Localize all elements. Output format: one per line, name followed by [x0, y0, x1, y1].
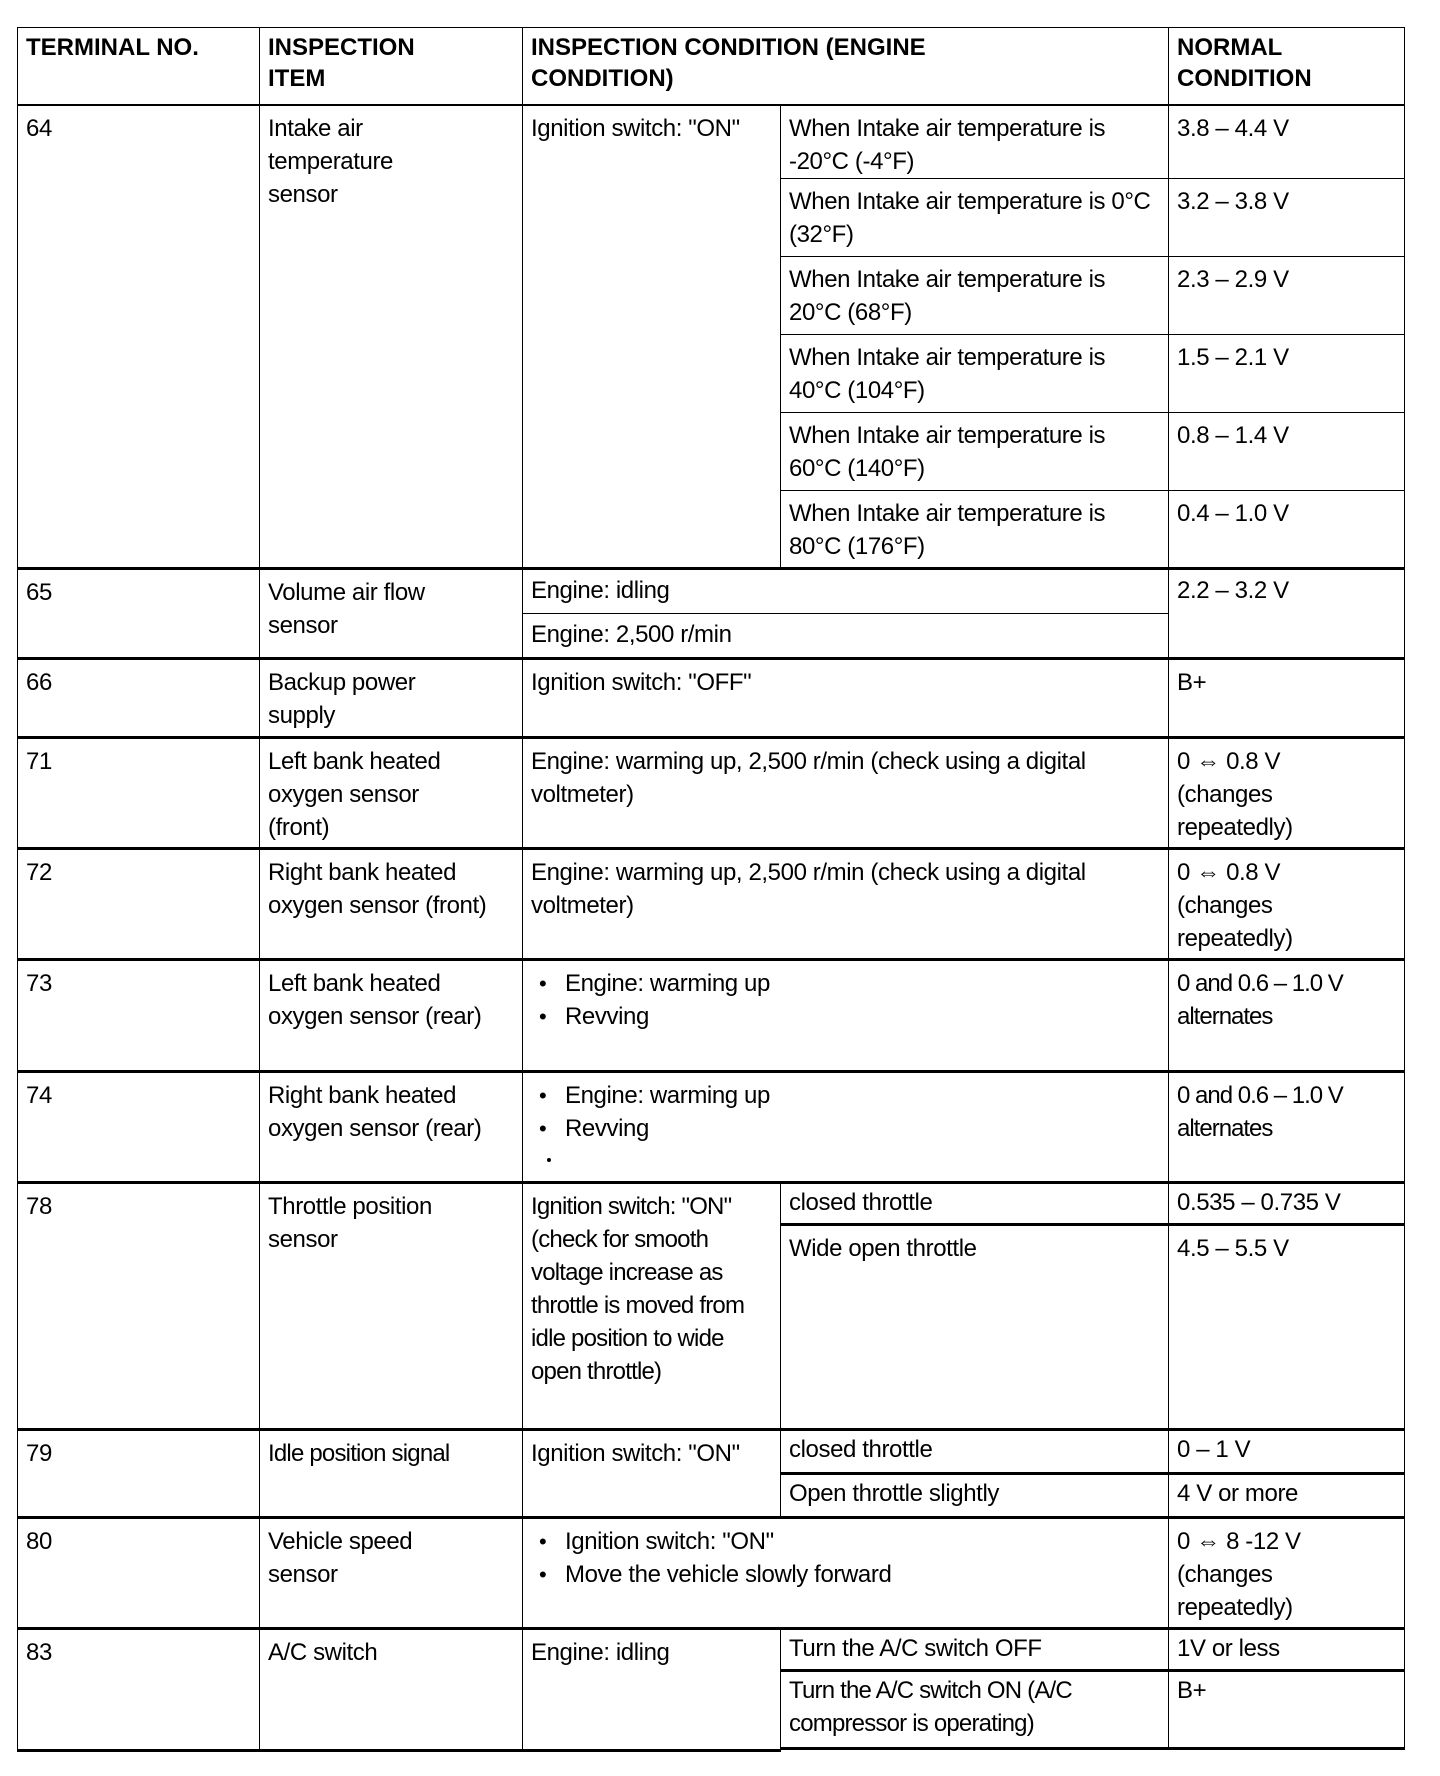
- scan-artifact-dot: [547, 1158, 551, 1162]
- row-64-sub-normal: 3.8 – 4.4 V: [1168, 105, 1405, 179]
- row-65-item: Volume air flow sensor: [259, 567, 523, 658]
- header-inspection-condition: INSPECTION CONDITION (ENGINE CONDITION): [522, 27, 1169, 107]
- row-64-sub-condition: When Intake air temperature is 80°C (176…: [780, 490, 1169, 569]
- row-73-condition-list: Engine: warming up Revving: [531, 967, 1160, 1033]
- row-72-normal: 0 ⇔ 0.8 V (changes repeatedly): [1168, 847, 1405, 959]
- row-64-sub-condition: When Intake air temperature is 60°C (140…: [780, 412, 1169, 491]
- row-78-sub-condition: Wide open throttle: [780, 1223, 1169, 1429]
- row-64-sub-normal: 0.4 – 1.0 V: [1168, 490, 1405, 569]
- row-74-terminal: 74: [17, 1070, 260, 1182]
- row-78-terminal: 78: [17, 1181, 260, 1429]
- row-78-condition: Ignition switch: "ON" (check for smooth …: [522, 1181, 781, 1429]
- header-terminal: TERMINAL NO.: [17, 27, 260, 107]
- row-64-sub-normal: 0.8 – 1.4 V: [1168, 412, 1405, 491]
- row-64-sub-condition: When Intake air temperature is -20°C (-4…: [780, 105, 1169, 179]
- row-74-condition: Engine: warming up Revving: [522, 1070, 1169, 1182]
- row-78-sub-normal: 0.535 – 0.735 V: [1168, 1181, 1405, 1225]
- row-66-condition: Ignition switch: "OFF": [522, 657, 1169, 737]
- row-71-item: Left bank heated oxygen sensor (front): [259, 736, 523, 848]
- row-64-sub-normal: 1.5 – 2.1 V: [1168, 334, 1405, 413]
- row-64-sub-condition: When Intake air temperature is 0°C (32°F…: [780, 178, 1169, 257]
- row-65-condition-idling: Engine: idling: [522, 567, 1169, 614]
- row-73-item: Left bank heated oxygen sensor (rear): [259, 958, 523, 1071]
- row-64-sub-condition: When Intake air temperature is 40°C (104…: [780, 334, 1169, 413]
- row-66-terminal: 66: [17, 657, 260, 737]
- row-78-item: Throttle position sensor: [259, 1181, 523, 1429]
- bullet-item: Ignition switch: "ON": [535, 1525, 1160, 1558]
- row-65-terminal: 65: [17, 567, 260, 658]
- bullet-item: Move the vehicle slowly forward: [535, 1558, 1160, 1591]
- row-64-terminal: 64: [17, 105, 260, 569]
- row-78-sub-normal: 4.5 – 5.5 V: [1168, 1223, 1405, 1429]
- row-79-sub-condition: closed throttle: [780, 1428, 1169, 1473]
- row-83-sub-condition: Turn the A/C switch ON (A/C compressor i…: [780, 1669, 1169, 1750]
- row-73-normal: 0 and 0.6 – 1.0 V alternates: [1168, 958, 1405, 1071]
- row-65-normal: 2.2 – 3.2 V: [1168, 567, 1405, 658]
- row-71-condition: Engine: warming up, 2,500 r/min (check u…: [522, 736, 1169, 848]
- row-66-item: Backup power supply: [259, 657, 523, 737]
- row-83-item: A/C switch: [259, 1627, 523, 1752]
- header-normal-condition: NORMAL CONDITION: [1168, 27, 1405, 107]
- row-79-sub-condition: Open throttle slightly: [780, 1472, 1169, 1517]
- row-80-terminal: 80: [17, 1516, 260, 1628]
- row-74-normal: 0 and 0.6 – 1.0 V alternates: [1168, 1070, 1405, 1182]
- bullet-item: Revving: [535, 1112, 1160, 1145]
- row-73-terminal: 73: [17, 958, 260, 1071]
- row-64-sub-condition: When Intake air temperature is 20°C (68°…: [780, 256, 1169, 335]
- bullet-item: Engine: warming up: [535, 967, 1160, 1000]
- row-64-condition: Ignition switch: "ON": [522, 105, 781, 569]
- row-72-item: Right bank heated oxygen sensor (front): [259, 847, 523, 959]
- row-79-sub-normal: 4 V or more: [1168, 1472, 1405, 1517]
- row-66-normal: B+: [1168, 657, 1405, 737]
- row-80-normal: 0 ⇔ 8 -12 V (changes repeatedly): [1168, 1516, 1405, 1628]
- row-74-condition-list: Engine: warming up Revving: [531, 1079, 1160, 1145]
- row-78-sub-condition: closed throttle: [780, 1181, 1169, 1225]
- row-80-item: Vehicle speed sensor: [259, 1516, 523, 1628]
- row-79-item: Idle position signal: [259, 1428, 523, 1517]
- row-83-terminal: 83: [17, 1627, 260, 1752]
- row-71-terminal: 71: [17, 736, 260, 848]
- row-64-item: Intake air temperature sensor: [259, 105, 523, 569]
- bullet-item: Revving: [535, 1000, 1160, 1033]
- row-80-condition-list: Ignition switch: "ON" Move the vehicle s…: [531, 1525, 1160, 1591]
- row-79-sub-normal: 0 – 1 V: [1168, 1428, 1405, 1473]
- row-83-sub-normal: B+: [1168, 1669, 1405, 1750]
- header-inspection-item: INSPECTION ITEM: [259, 27, 523, 107]
- row-83-condition: Engine: idling: [522, 1627, 781, 1752]
- row-65-condition-2500rpm: Engine: 2,500 r/min: [522, 613, 1169, 658]
- row-80-condition: Ignition switch: "ON" Move the vehicle s…: [522, 1516, 1169, 1628]
- row-79-condition: Ignition switch: "ON": [522, 1428, 781, 1517]
- row-64-sub-normal: 2.3 – 2.9 V: [1168, 256, 1405, 335]
- row-64-sub-normal: 3.2 – 3.8 V: [1168, 178, 1405, 257]
- row-83-sub-normal: 1V or less: [1168, 1627, 1405, 1671]
- row-83-sub-condition: Turn the A/C switch OFF: [780, 1627, 1169, 1671]
- row-71-normal: 0 ⇔ 0.8 V (changes repeatedly): [1168, 736, 1405, 848]
- row-79-terminal: 79: [17, 1428, 260, 1517]
- row-73-condition: Engine: warming up Revving: [522, 958, 1169, 1071]
- row-74-item: Right bank heated oxygen sensor (rear): [259, 1070, 523, 1182]
- row-72-terminal: 72: [17, 847, 260, 959]
- bullet-item: Engine: warming up: [535, 1079, 1160, 1112]
- row-72-condition: Engine: warming up, 2,500 r/min (check u…: [522, 847, 1169, 959]
